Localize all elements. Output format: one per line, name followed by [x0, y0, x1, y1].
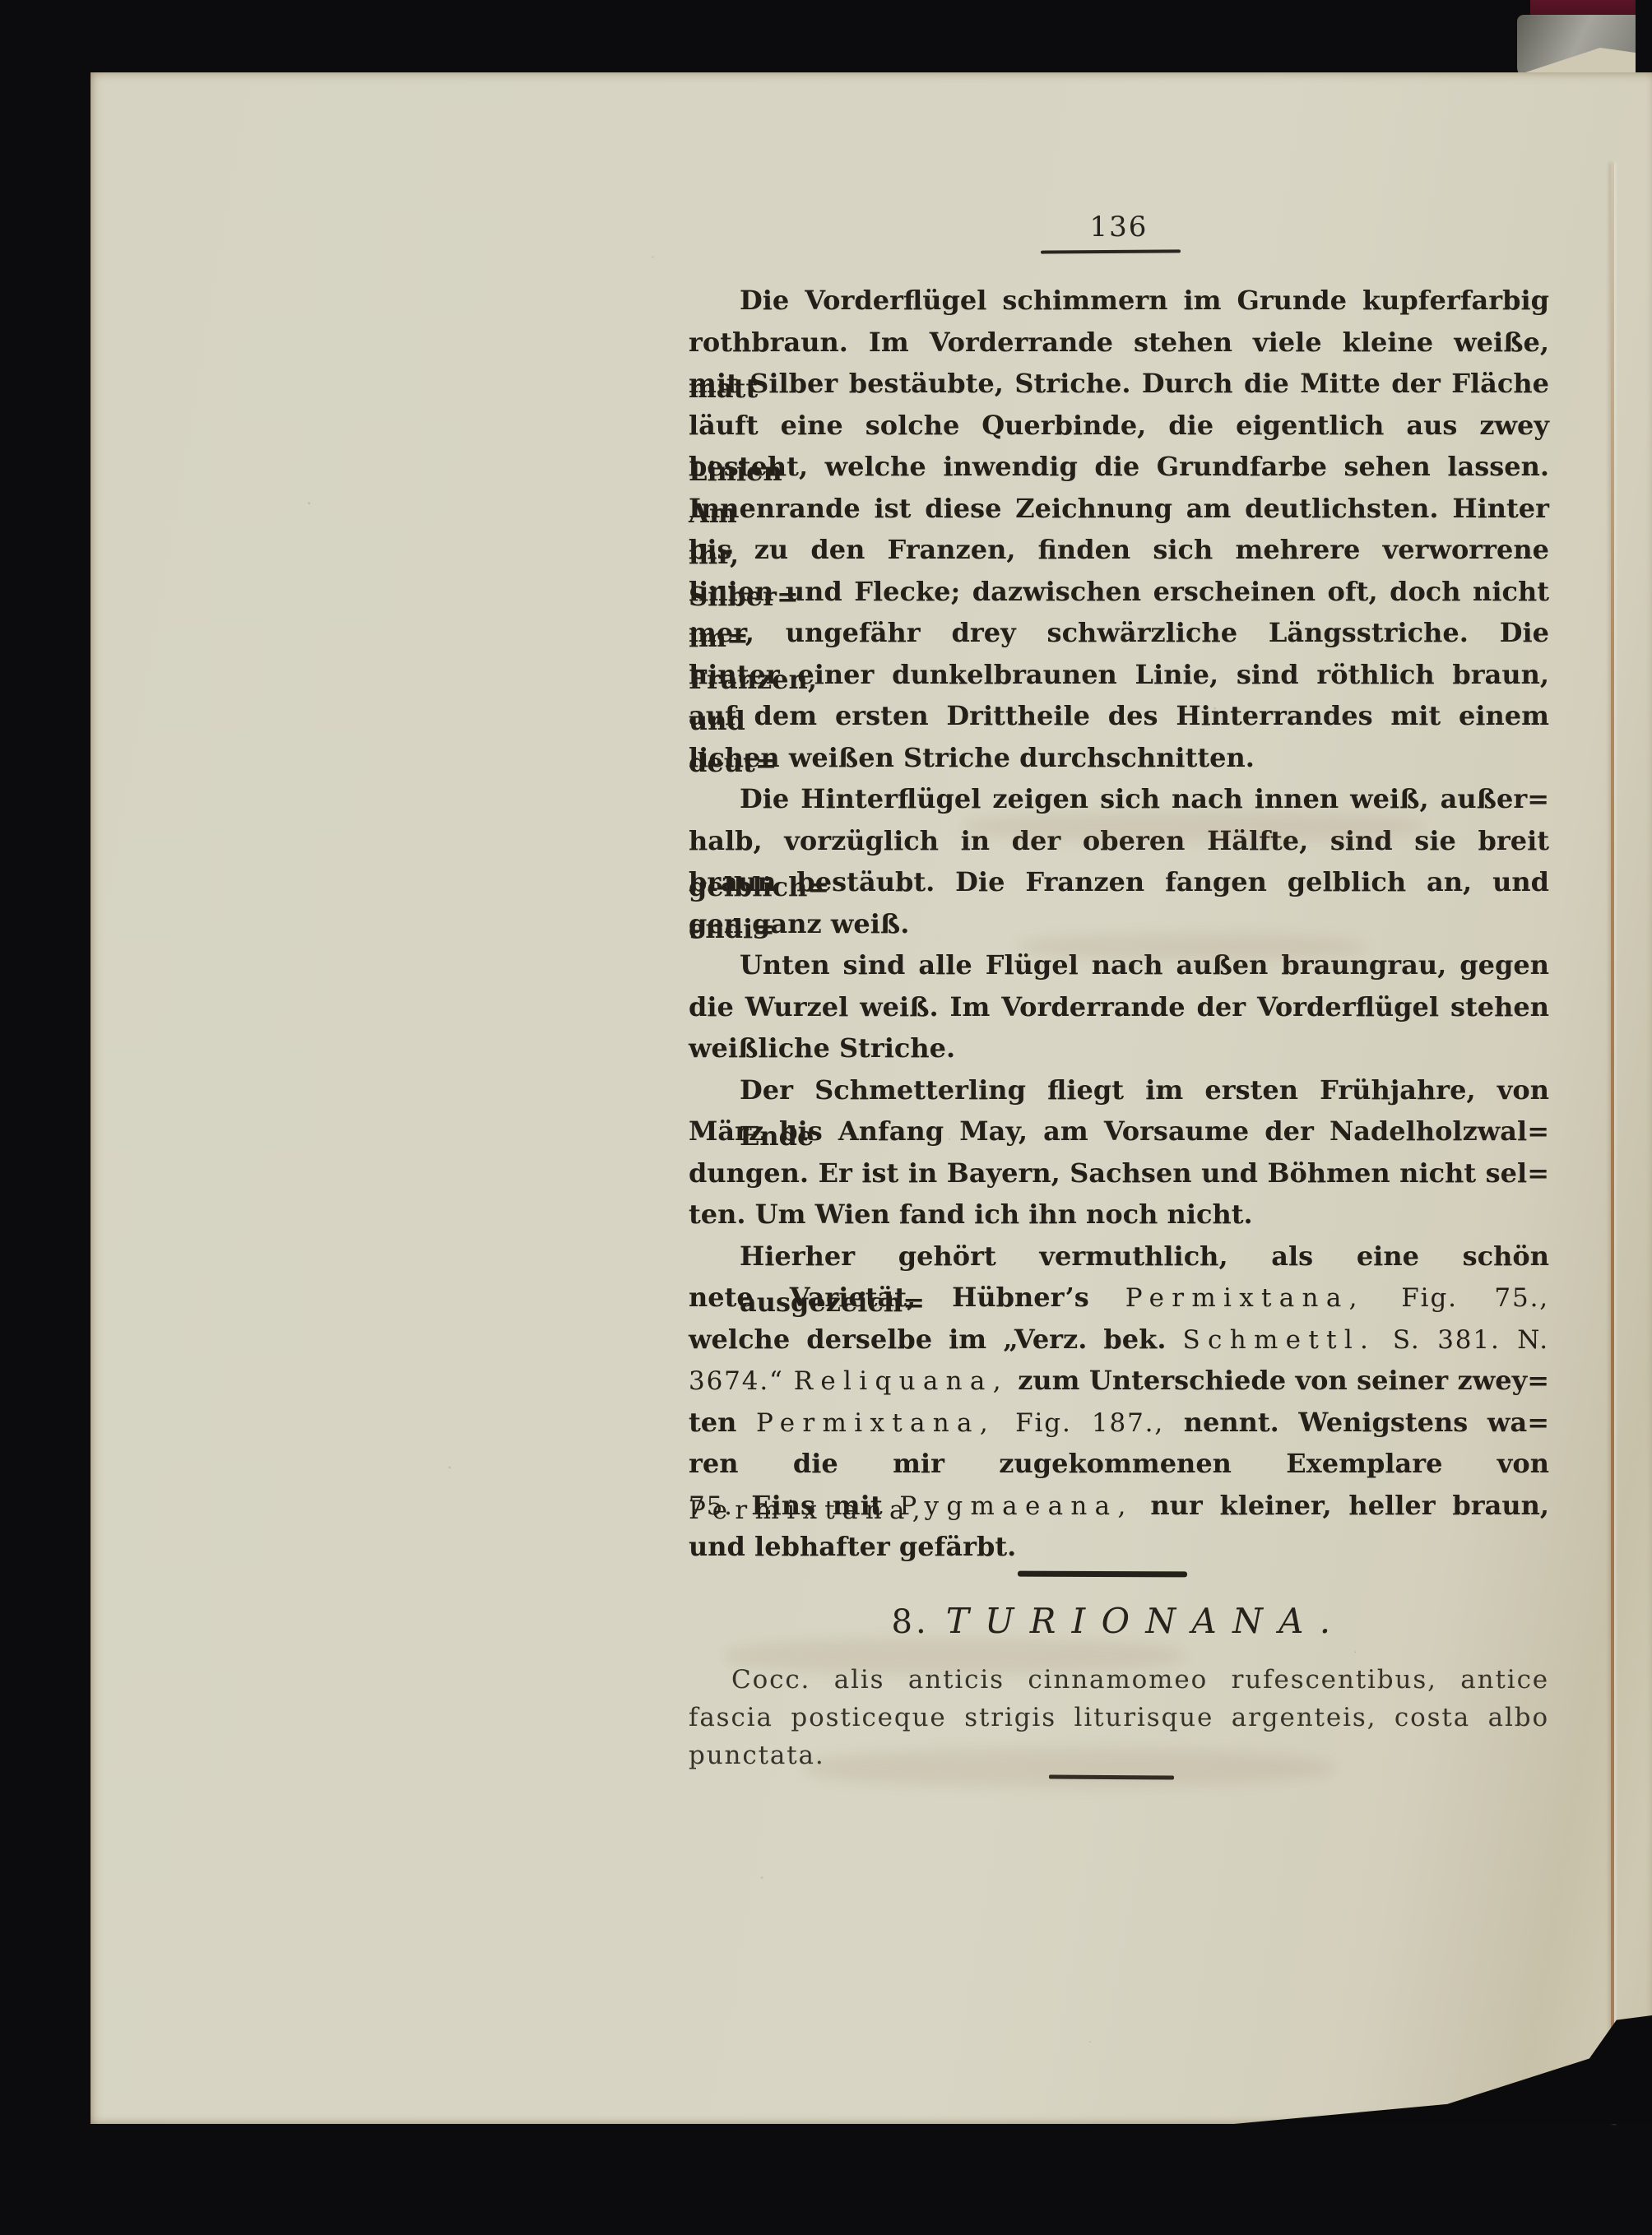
text-line: linien und Flecke; dazwischen erscheinen…: [689, 571, 1549, 613]
ink-bleedthrough: [1020, 934, 1366, 959]
ink-bleedthrough: [963, 813, 1423, 841]
section-heading: 8.TURIONANA.: [689, 1601, 1549, 1641]
text-line: und lebhafter gefärbt.: [689, 1526, 1549, 1568]
text-line: dungen. Er ist in Bayern, Sachsen und Bö…: [689, 1152, 1549, 1194]
text-line: fascia posticeque strigis liturisque arg…: [689, 1698, 1549, 1736]
text-line: auf dem ersten Drittheile des Hinterrand…: [689, 695, 1549, 737]
text-line: rothbraun. Im Vorderrande stehen viele k…: [689, 322, 1549, 364]
text-line: Der Schmetterling fliegt im ersten Frühj…: [689, 1069, 1549, 1111]
book-page: 136 Die Vorderflügel schimmern im Grunde…: [90, 72, 1652, 2124]
ink-bleedthrough: [724, 1639, 1185, 1673]
page-number-rule: [1041, 249, 1181, 253]
text-line: Innenrande ist diese Zeichnung am deutli…: [689, 488, 1549, 530]
text-line: welche derselbe im „Verz. bek. Schmettl.…: [689, 1319, 1549, 1361]
text-line: 3674.“ Reliquana, zum Unterschiede von s…: [689, 1360, 1549, 1402]
text-line: ren die mir zugekommenen Exemplare von P…: [689, 1443, 1549, 1485]
text-line: braun bestäubt. Die Franzen fangen gelbl…: [689, 861, 1549, 903]
background-corner: [1636, 0, 1652, 76]
text-line: nete Varietät, Hübner’s Permixtana, Fig.…: [689, 1277, 1549, 1319]
text-line: 75. Eins mit Pygmaeana, nur kleiner, hel…: [689, 1485, 1549, 1527]
text-line: mit Silber bestäubte, Striche. Durch die…: [689, 363, 1549, 405]
section-divider-rule: [1018, 1571, 1187, 1578]
text-line: besteht, welche inwendig die Grundfarbe …: [689, 446, 1549, 488]
page-number: 136: [1028, 211, 1209, 243]
text-line: mer, ungefähr drey schwärzliche Längsstr…: [689, 612, 1549, 654]
text-line: hinter einer dunkelbraunen Linie, sind r…: [689, 654, 1549, 696]
text-line: ten. Um Wien fand ich ihn noch nicht.: [689, 1194, 1549, 1236]
text-line: läuft eine solche Querbinde, die eigentl…: [689, 405, 1549, 447]
text-line: Die Vorderflügel schimmern im Grunde kup…: [689, 280, 1549, 322]
section-number: 8.: [892, 1603, 930, 1641]
ink-bleedthrough: [806, 1749, 1333, 1787]
section-title: TURIONANA.: [946, 1601, 1347, 1641]
text-line: die Wurzel weiß. Im Vorderrande der Vord…: [689, 986, 1549, 1028]
text-line: weißliche Striche.: [689, 1027, 1549, 1069]
text-line: ten Permixtana, Fig. 187., nennt. Wenigs…: [689, 1402, 1549, 1444]
german-text: Die Vorderflügel schimmern im Grunde kup…: [689, 280, 1549, 1568]
gutter-crease: [1611, 163, 1614, 2124]
text-line: lichen weißen Striche durchschnitten.: [689, 737, 1549, 779]
text-line: bis zu den Franzen, finden sich mehrere …: [689, 529, 1549, 571]
text-line: Hierher gehört vermuthlich, als eine sch…: [689, 1236, 1549, 1277]
text-line: März bis Anfang May, am Vorsaume der Nad…: [689, 1111, 1549, 1152]
